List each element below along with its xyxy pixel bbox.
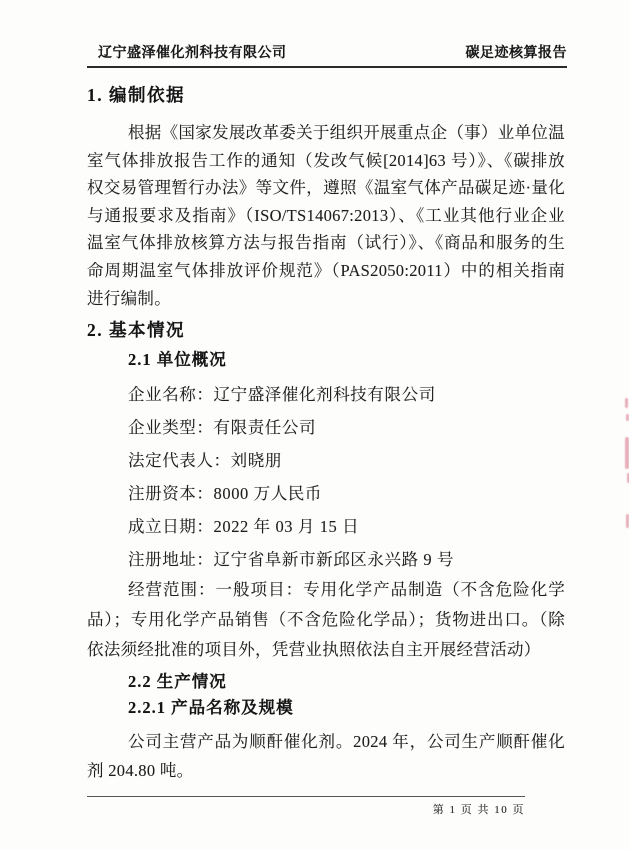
info-label: 成立日期： — [128, 517, 214, 536]
info-value: 辽宁省阜新市新邱区永兴路 9 号 — [214, 550, 455, 569]
info-label: 企业类型： — [128, 418, 214, 437]
document-body: 1. 编制依据 根据《国家发展改革委关于组织开展重点企（事）业单位温室气体排放报… — [87, 84, 565, 786]
info-value: 8000 万人民币 — [214, 484, 323, 503]
header-company-name: 辽宁盛泽催化剂科技有限公司 — [87, 42, 287, 62]
info-row-registered-capital: 注册资本：8000 万人民币 — [128, 485, 565, 502]
info-value: 有限责任公司 — [214, 418, 317, 437]
production-paragraph: 公司主营产品为顺酐催化剂。2024 年，公司生产顺酐催化剂 204.80 吨。 — [87, 727, 565, 787]
compilation-basis-paragraph: 根据《国家发展改革委关于组织开展重点企（事）业单位温室气体排放报告工作的通知（发… — [87, 119, 565, 312]
business-scope-paragraph: 经营范围：一般项目：专用化学产品制造（不含危险化学品）；专用化学产品销售（不含危… — [87, 575, 565, 664]
info-row-company-type: 企业类型：有限责任公司 — [128, 419, 565, 436]
scanned-report-page: 辽宁盛泽催化剂科技有限公司 碳足迹核算报告 1. 编制依据 根据《国家发展改革委… — [0, 0, 629, 850]
section-2-2-heading: 2.2 生产情况 — [128, 672, 565, 692]
header-report-title: 碳足迹核算报告 — [466, 42, 568, 62]
info-row-establishment-date: 成立日期：2022 年 03 月 15 日 — [128, 518, 565, 535]
section-1-heading: 1. 编制依据 — [87, 84, 565, 106]
section-2-1-heading: 2.1 单位概况 — [128, 350, 565, 370]
info-value: 2022 年 03 月 15 日 — [214, 517, 360, 536]
red-stamp-scan-artifact — [625, 437, 629, 469]
info-label: 注册资本： — [128, 484, 214, 503]
page-number-label: 第 1 页 共 10 页 — [433, 804, 525, 816]
page-header: 辽宁盛泽催化剂科技有限公司 碳足迹核算报告 — [87, 42, 567, 68]
info-row-company-name: 企业名称：辽宁盛泽催化剂科技有限公司 — [128, 386, 565, 403]
info-value: 刘晓朋 — [231, 451, 282, 470]
section-2-heading: 2. 基本情况 — [87, 319, 565, 341]
info-row-legal-representative: 法定代表人：刘晓朋 — [128, 452, 565, 469]
red-stamp-scan-artifact — [625, 398, 628, 408]
page-footer: 第 1 页 共 10 页 — [87, 796, 525, 817]
info-label: 法定代表人： — [128, 451, 231, 470]
section-2-2-1-heading: 2.2.1 产品名称及规模 — [128, 698, 565, 718]
info-label: 企业名称： — [128, 385, 214, 404]
info-label: 注册地址： — [128, 550, 214, 569]
info-row-registered-address: 注册地址：辽宁省阜新市新邱区永兴路 9 号 — [128, 551, 565, 568]
info-value: 辽宁盛泽催化剂科技有限公司 — [214, 385, 436, 404]
